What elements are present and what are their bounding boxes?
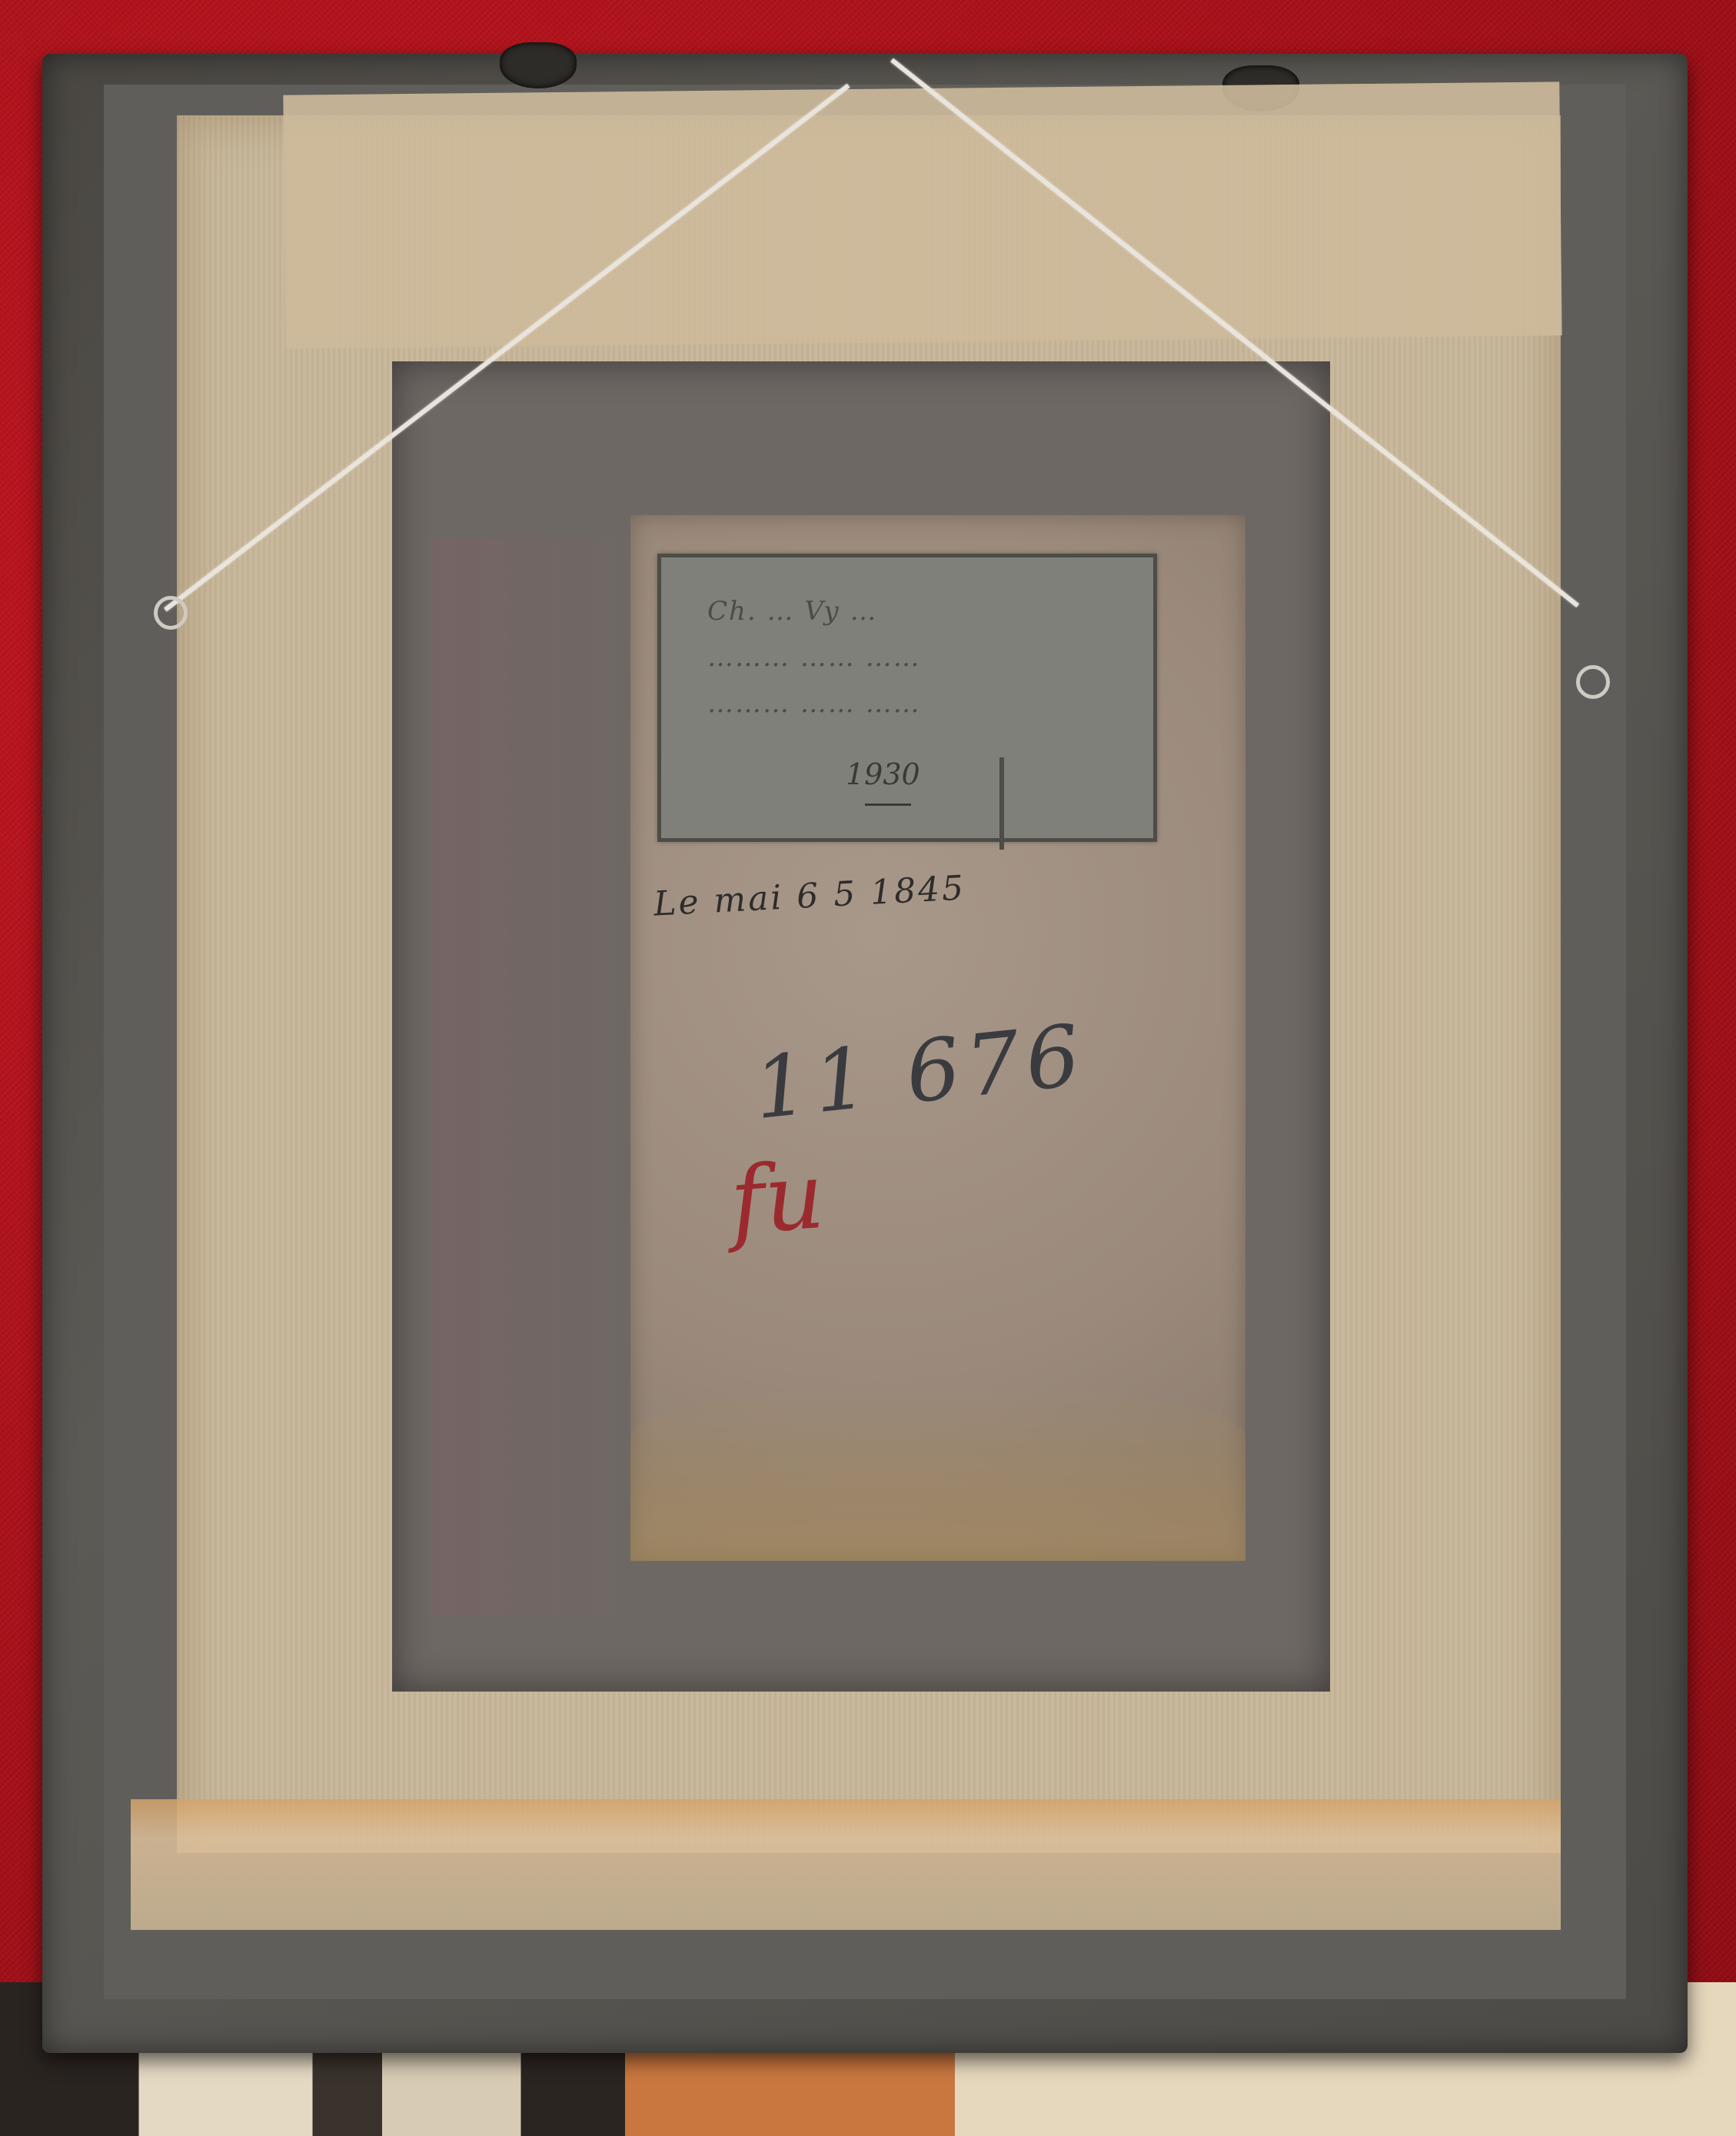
label-line-3: ……… …… ……	[707, 688, 921, 719]
board-red-streak	[431, 538, 630, 1615]
old-paper-label: Ch. … Vy … ……… …… …… ……… …… …… 1930	[657, 554, 1157, 842]
left-screw-eye-icon	[154, 596, 188, 630]
left-hanging-hook-icon	[500, 42, 577, 88]
label-line-2: ……… …… ……	[707, 642, 921, 673]
label-line-1: Ch. … Vy …	[707, 596, 878, 627]
card-stain	[630, 1384, 1245, 1561]
tape-strip-bottom	[131, 1799, 1561, 1930]
right-screw-eye-icon	[1576, 665, 1610, 699]
label-year: 1930	[846, 757, 920, 791]
kraft-paper-top-layer	[283, 82, 1561, 348]
red-crayon-mark: fu	[727, 1143, 827, 1256]
label-underline	[865, 803, 911, 806]
label-vertical-rule	[999, 757, 1004, 850]
